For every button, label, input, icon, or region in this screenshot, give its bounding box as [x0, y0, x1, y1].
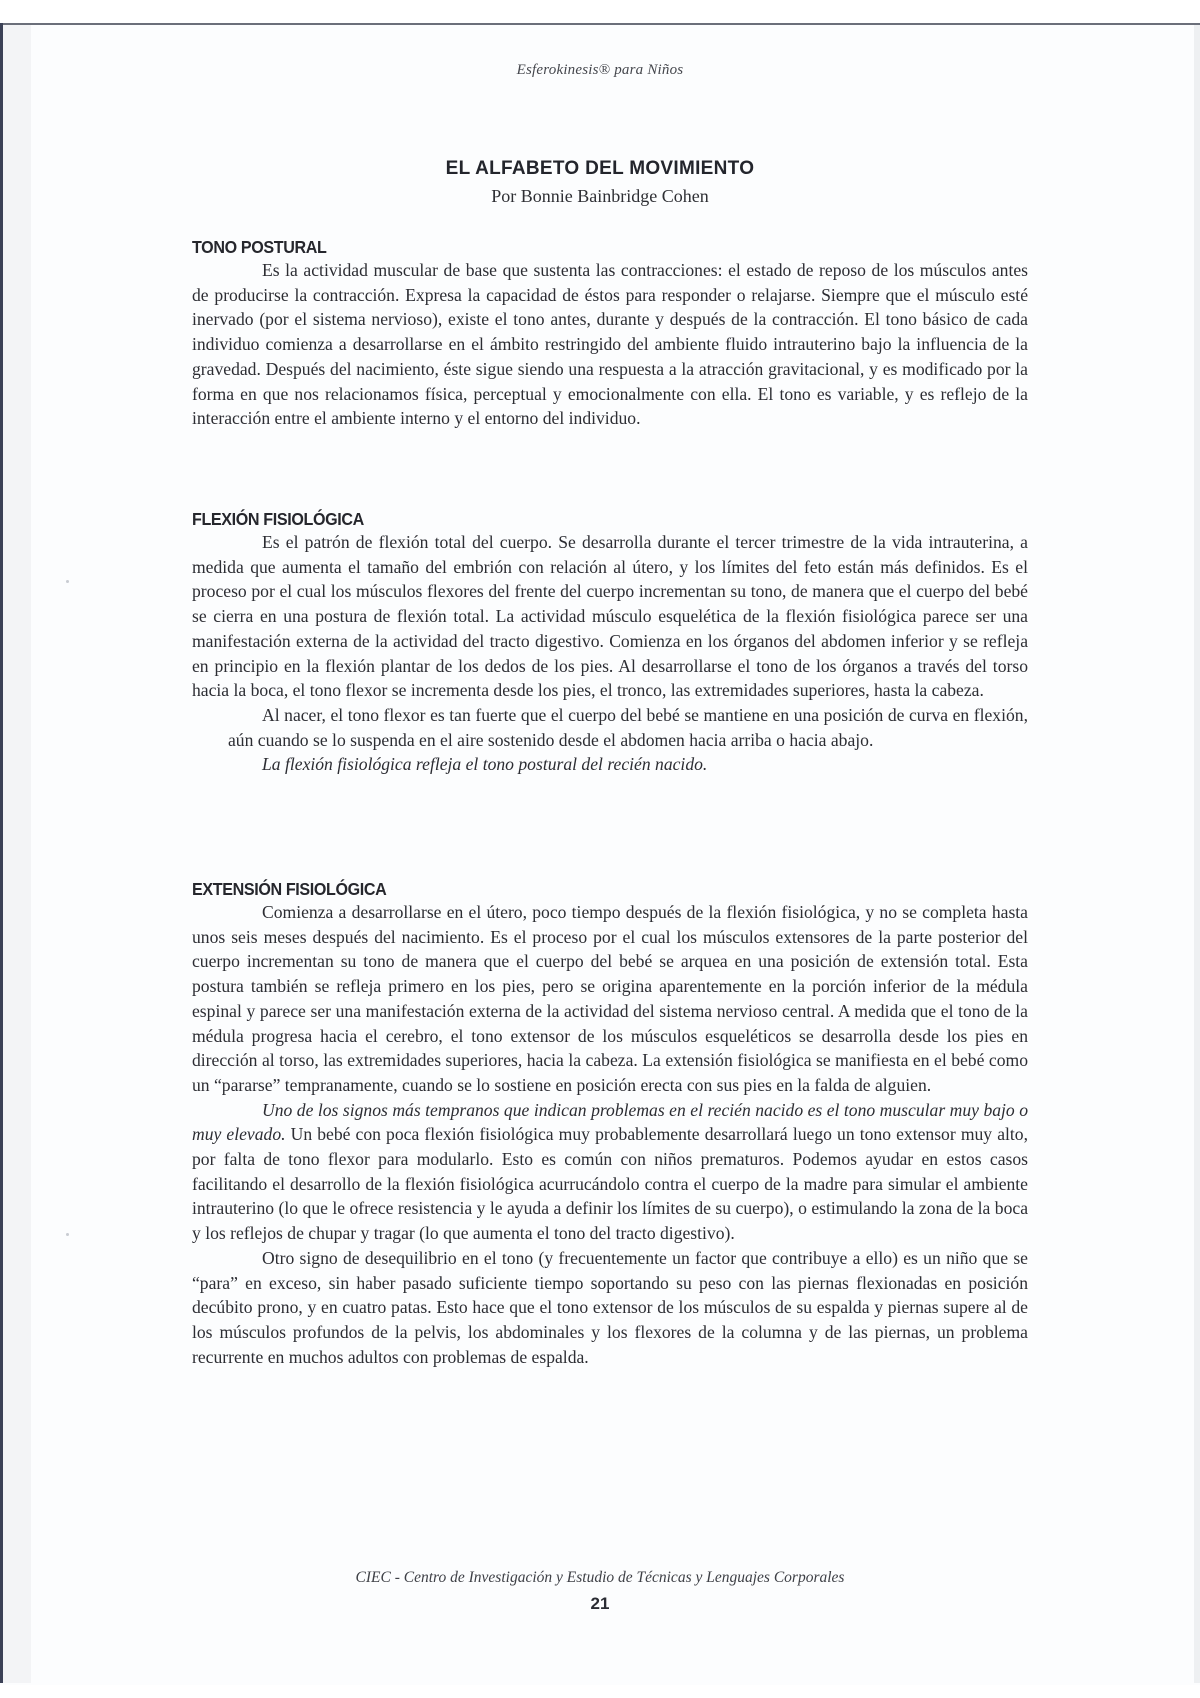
paragraph: Es la actividad muscular de base que sus…: [192, 258, 1028, 431]
scan-speck: [66, 1233, 69, 1236]
italic-note-text: La flexión fisiológica refleja el tono p…: [262, 754, 707, 774]
section-flexion-fisiologica: FLEXIÓN FISIOLÓGICA Es el patrón de flex…: [192, 508, 1028, 777]
article-title: EL ALFABETO DEL MOVIMIENTO: [0, 158, 1200, 180]
scan-margin-shadow: [3, 25, 31, 1683]
section-heading: FLEXIÓN FISIOLÓGICA: [192, 508, 961, 530]
paragraph-text: Un bebé con poca flexión fisiológica muy…: [192, 1124, 1028, 1243]
paragraph: Otro signo de desequilibrio en el tono (…: [192, 1246, 1028, 1370]
page-number: 21: [0, 1594, 1200, 1614]
section-heading: TONO POSTURAL: [192, 236, 961, 258]
footer-institution: CIEC - Centro de Investigación y Estudio…: [0, 1569, 1200, 1587]
scan-right-edge: [1194, 25, 1200, 1683]
section-heading: EXTENSIÓN FISIOLÓGICA: [192, 878, 961, 900]
article-byline: Por Bonnie Bainbridge Cohen: [0, 186, 1200, 207]
paragraph: Es el patrón de flexión total del cuerpo…: [192, 530, 1028, 703]
paragraph-mixed: Uno de los signos más tempranos que indi…: [192, 1098, 1028, 1246]
running-header: Esferokinesis® para Niños: [0, 62, 1200, 79]
section-extension-fisiologica: EXTENSIÓN FISIOLÓGICA Comienza a desarro…: [192, 878, 1028, 1369]
italic-note: La flexión fisiológica refleja el tono p…: [192, 752, 1028, 777]
scan-speck: [66, 580, 69, 583]
section-tono-postural: TONO POSTURAL Es la actividad muscular d…: [192, 236, 1028, 431]
paragraph: Comienza a desarrollarse en el útero, po…: [192, 900, 1028, 1098]
paragraph: Al nacer, el tono flexor es tan fuerte q…: [192, 703, 1028, 752]
